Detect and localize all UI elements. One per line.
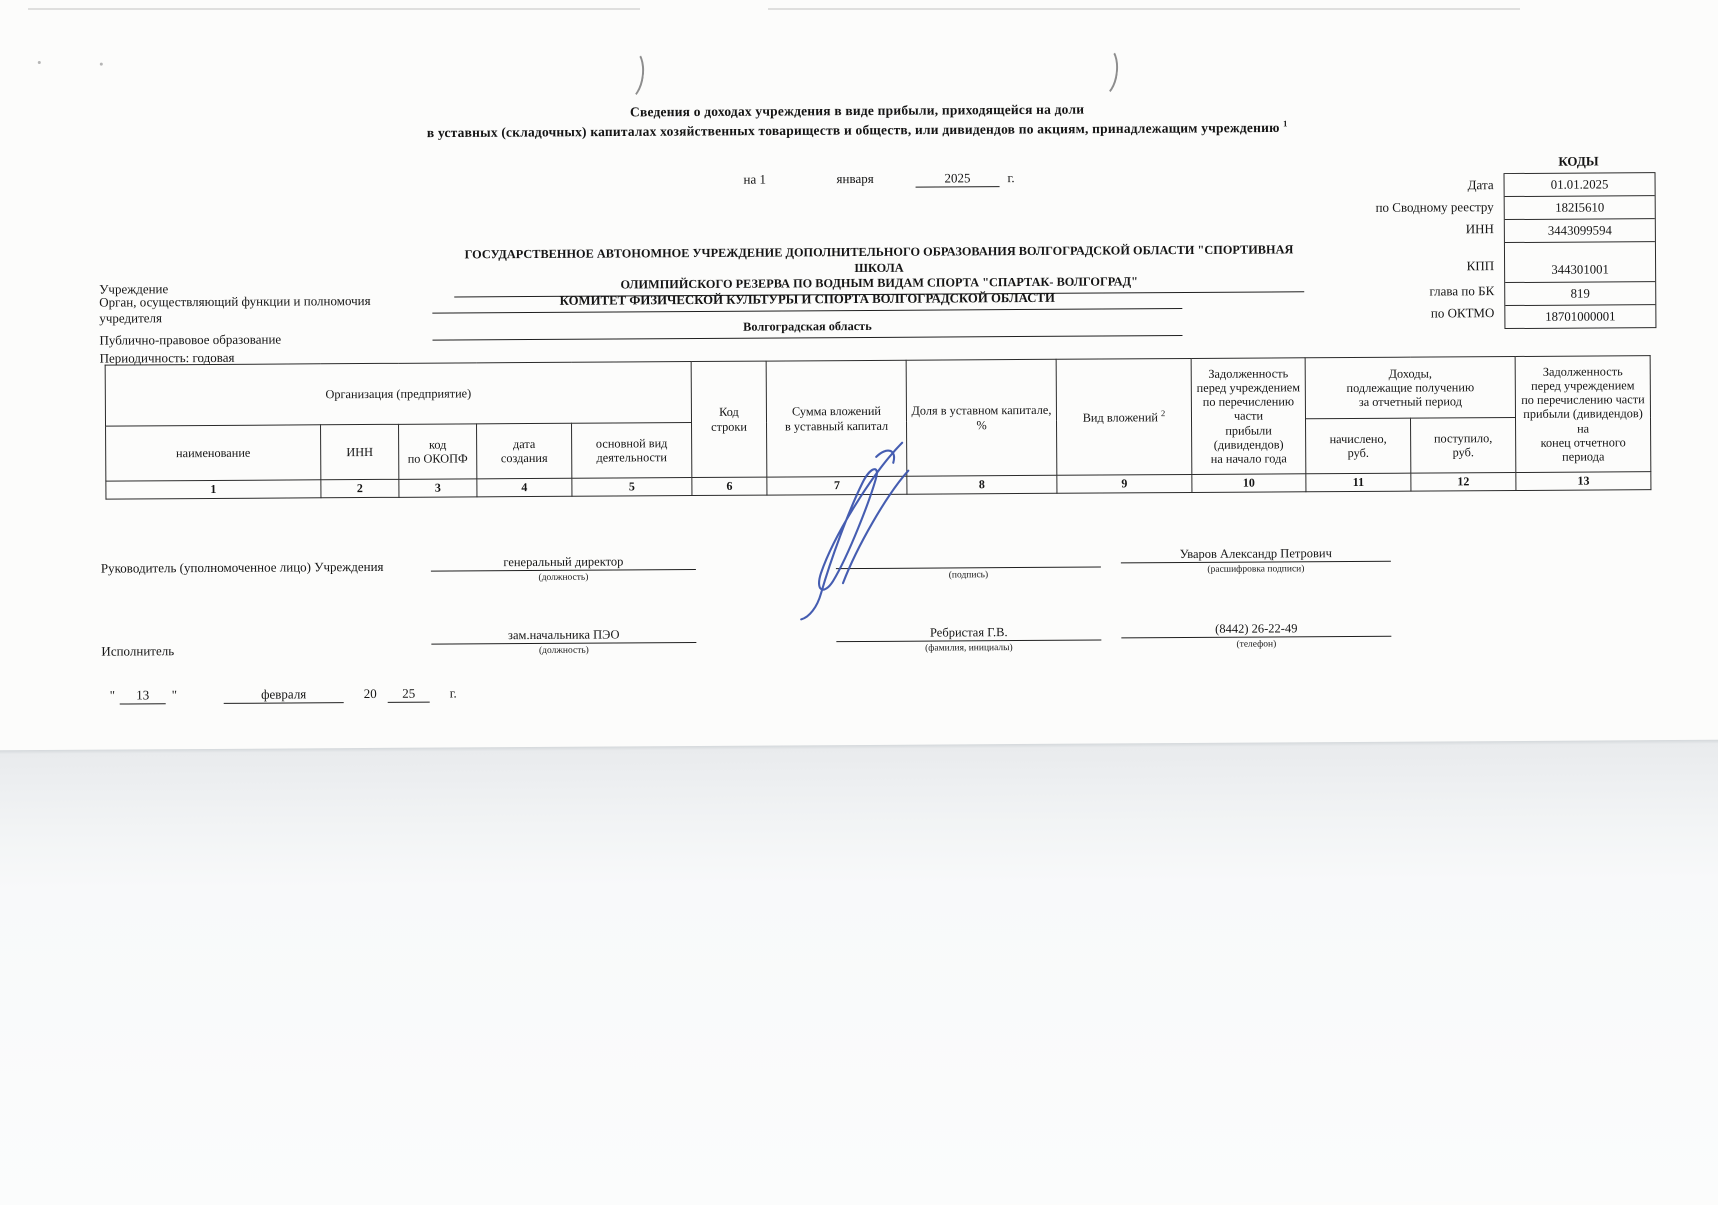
th-name: наименование — [106, 425, 321, 481]
scan-shading-band — [0, 740, 1718, 1205]
th-income-group: Доходы, подлежащие получению за отчетный… — [1305, 356, 1515, 418]
scan-curl-mark — [1089, 45, 1121, 98]
th-accrued: начислено, руб. — [1306, 418, 1411, 474]
column-number-cell: 1 — [106, 480, 321, 499]
scan-speck — [38, 61, 41, 64]
th-investment-type: Вид вложений 2 — [1056, 358, 1192, 475]
close-quote: " — [172, 687, 177, 703]
head-name-line: Уваров Александр Петрович — [1121, 540, 1391, 564]
footer-date-year: 25 — [388, 686, 430, 703]
footnote-ref: 1 — [1283, 118, 1288, 128]
footer-date-century: 20 — [364, 686, 377, 702]
code-value-bk: 819 — [1505, 281, 1655, 305]
document-content: Сведения о доходах учреждения в виде при… — [0, 0, 1718, 1205]
open-quote: " — [110, 688, 115, 704]
code-value-inn: 3443099594 — [1505, 218, 1655, 242]
institution-name-line1: ГОСУДАРСТВЕННОЕ АВТОНОМНОЕ УЧРЕЖДЕНИЕ ДО… — [454, 242, 1304, 278]
column-number-cell: 3 — [399, 479, 477, 497]
column-number-cell: 12 — [1411, 472, 1516, 491]
column-number-cell: 13 — [1516, 472, 1651, 491]
code-label-date: Дата — [1199, 177, 1494, 195]
code-label-oktmo: по ОКТМО — [1199, 305, 1494, 323]
th-activity: основной вид деятельности — [572, 423, 692, 479]
footer-date-suffix: г. — [450, 685, 457, 701]
head-name-caption: (расшифровка подписи) — [1121, 564, 1391, 576]
scan-curl-mark — [615, 48, 647, 101]
th-created: дата создания — [477, 423, 572, 479]
th-debt-begin: Задолженность перед учреждением по переч… — [1191, 358, 1306, 475]
th-line-code: Код строки — [691, 361, 767, 477]
column-number-cell: 9 — [1057, 474, 1192, 493]
th-inn: ИНН — [321, 424, 399, 479]
founder-label-line1: Орган, осуществляющий функции и полномоч… — [99, 293, 370, 311]
footnote-ref: 2 — [1161, 408, 1165, 418]
code-value-kpp: 344301001 — [1505, 241, 1655, 282]
founder-name-value: КОМИТЕТ ФИЗИЧЕСКОЙ КУЛЬТУРЫ И СПОРТА ВОЛ… — [432, 290, 1182, 313]
head-signature-label: Руководитель (уполномоченное лицо) Учреж… — [101, 559, 384, 577]
scan-speck — [100, 63, 103, 66]
th-debt-end: Задолженность перед учреждением по переч… — [1515, 356, 1651, 473]
column-number-cell: 5 — [572, 478, 692, 497]
report-date-prefix: на 1 — [743, 172, 766, 188]
head-position-line: генеральный директор — [431, 548, 696, 572]
founder-label-line2: учредителя — [99, 310, 162, 326]
code-value-registry: 182I5610 — [1505, 195, 1655, 219]
th-okopf: код по ОКОПФ — [399, 424, 477, 479]
column-number-cell: 10 — [1192, 474, 1306, 493]
executor-name-caption: (фамилия, инициалы) — [836, 643, 1101, 655]
th-received: поступило, руб. — [1411, 417, 1516, 473]
report-date-line: на 1 января 2025 г. — [743, 170, 1063, 194]
executor-position-caption: (должность) — [431, 645, 696, 657]
th-organization-group: Организация (предприятие) — [105, 362, 691, 427]
institution-name-value: ГОСУДАРСТВЕННОЕ АВТОНОМНОЕ УЧРЕЖДЕНИЕ ДО… — [454, 242, 1304, 297]
column-number-cell: 11 — [1306, 473, 1411, 492]
footer-date-line: " 13 " февраля 20 25 г. — [102, 685, 532, 712]
column-number-cell: 4 — [477, 478, 572, 497]
handwritten-signature — [790, 437, 941, 623]
code-value-date: 01.01.2025 — [1505, 173, 1655, 196]
report-date-year: 2025 — [915, 170, 999, 188]
code-label-inn: ИНН — [1199, 221, 1494, 239]
codes-header: КОДЫ — [1503, 153, 1653, 170]
executor-name-line: Ребристая Г.В. — [836, 619, 1101, 643]
column-number-cell: 2 — [321, 479, 399, 497]
report-date-month: января — [836, 171, 873, 187]
column-number-cell: 6 — [692, 477, 767, 495]
document-title-line2-text: в уставных (складочных) капиталах хозяйс… — [427, 120, 1280, 140]
footer-date-day: 13 — [120, 687, 166, 704]
executor-label: Исполнитель — [101, 643, 174, 659]
footer-date-month: февраля — [224, 686, 344, 704]
codes-box: 01.01.2025 182I5610 3443099594 344301001… — [1504, 172, 1657, 329]
head-position-caption: (должность) — [431, 572, 696, 584]
executor-phone-line: (8442) 26-22-49 — [1121, 615, 1391, 639]
public-entity-value: Волгоградская область — [432, 317, 1182, 340]
report-date-suffix: г. — [1007, 170, 1014, 186]
scanned-document-page: Сведения о доходах учреждения в виде при… — [0, 0, 1718, 1205]
public-entity-label: Публично-правовое образование — [99, 332, 281, 349]
code-label-registry: по Сводному реестру — [1199, 199, 1494, 217]
executor-phone-caption: (телефон) — [1121, 639, 1391, 651]
executor-position-line: зам.начальника ПЭО — [431, 621, 696, 645]
code-value-oktmo: 18701000001 — [1505, 304, 1655, 328]
